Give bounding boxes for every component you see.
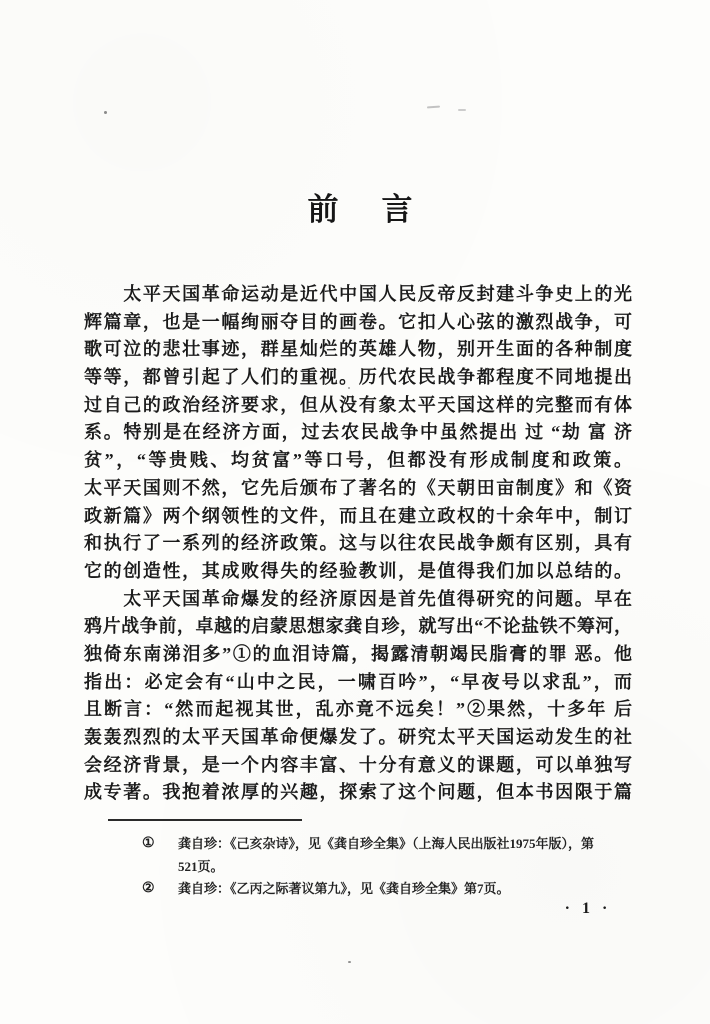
body-line: 轰轰烈烈的太平天国革命便爆发了。研究太平天国运动发生的社 [84, 724, 632, 752]
body-line: 等等，都曾引起了人们的重视。历代农民战争都程度不同地提出 [84, 364, 632, 392]
footnote-line: 龚自珍：《乙丙之际著议第九》，见《龚自珍全集》第7页。 [178, 878, 636, 901]
footnote-line: 521页。 [178, 856, 636, 879]
scan-speck [96, 546, 98, 548]
scan-speck [348, 387, 350, 389]
body-line: 过自己的政治经济要求，但从没有象太平天国这样的完整而有体 [84, 392, 632, 420]
body-line: 鸦片战争前，卓越的启蒙思想家龚自珍，就写出“不论盐铁不筹河， [84, 613, 632, 641]
body-line: 指出：必定会有“山中之民，一啸百吟”，“早夜号以求乱”，而 [84, 669, 632, 697]
scan-speck [104, 111, 107, 114]
footnote-separator [108, 819, 302, 821]
footnote-text: 龚自珍：《乙丙之际著议第九》，见《龚自珍全集》第7页。 [178, 878, 636, 901]
footnote-line: 龚自珍：《己亥杂诗》，见《龚自珍全集》（上海人民出版社1975年版），第 [178, 833, 636, 856]
body-line: 独倚东南涕泪多”①的血泪诗篇，揭露清朝竭民脂膏的罪 恶。他 [84, 641, 632, 669]
body-line: 太平天国革命爆发的经济原因是首先值得研究的问题。早在 [84, 586, 632, 614]
scan-speck [458, 109, 466, 111]
footnote-marker: ② [142, 878, 178, 901]
body-line: 会经济背景，是一个内容丰富、十分有意义的课题，可以单独写 [84, 752, 632, 780]
body-line: 系。特别是在经济方面，过去农民战争中虽然提出 过 “劫 富 济 [84, 419, 632, 447]
body-line: 政新篇》两个纲领性的文件，而且在建立政权的十余年中，制订 [84, 503, 632, 531]
body-text: 太平天国革命运动是近代中国人民反帝反封建斗争史上的光辉篇章，也是一幅绚丽夺目的画… [84, 281, 632, 807]
footnote: ②龚自珍：《乙丙之际著议第九》，见《龚自珍全集》第7页。 [142, 878, 636, 901]
body-line: 歌可泣的悲壮事迹，群星灿烂的英雄人物，别开生面的各种制度 [84, 336, 632, 364]
page-number: · 1 · [548, 900, 628, 918]
scanned-book-page: 前 言 太平天国革命运动是近代中国人民反帝反封建斗争史上的光辉篇章，也是一幅绚丽… [0, 0, 710, 1024]
body-line: 它的创造性，其成败得失的经验教训，是值得我们加以总结的。 [84, 558, 632, 586]
body-line: 辉篇章，也是一幅绚丽夺目的画卷。它扣人心弦的激烈战争，可 [84, 309, 632, 337]
scan-speck [348, 961, 351, 963]
footnotes: ①龚自珍：《己亥杂诗》，见《龚自珍全集》（上海人民出版社1975年版），第521… [142, 833, 636, 901]
body-line: 贫”，“等贵贱、均贫富”等口号，但都没有形成制度和政策。 [84, 447, 632, 475]
scan-speck [427, 106, 440, 109]
body-line: 太平天国则不然，它先后颁布了著名的《天朝田亩制度》和《资 [84, 475, 632, 503]
body-line: 太平天国革命运动是近代中国人民反帝反封建斗争史上的光 [84, 281, 632, 309]
body-line: 成专著。我抱着浓厚的兴趣，探索了这个问题，但本书因限于篇 [84, 779, 632, 807]
footnote-text: 龚自珍：《己亥杂诗》，见《龚自珍全集》（上海人民出版社1975年版），第521页… [178, 833, 636, 878]
body-line: 且断言：“然而起视其世，乱亦竟不远矣！”②果然，十多年 后 [84, 696, 632, 724]
page-title: 前 言 [0, 184, 710, 229]
footnote: ①龚自珍：《己亥杂诗》，见《龚自珍全集》（上海人民出版社1975年版），第521… [142, 833, 636, 878]
footnote-marker: ① [142, 833, 178, 878]
body-line: 和执行了一系列的经济政策。这与以往农民战争颇有区别，具有 [84, 530, 632, 558]
